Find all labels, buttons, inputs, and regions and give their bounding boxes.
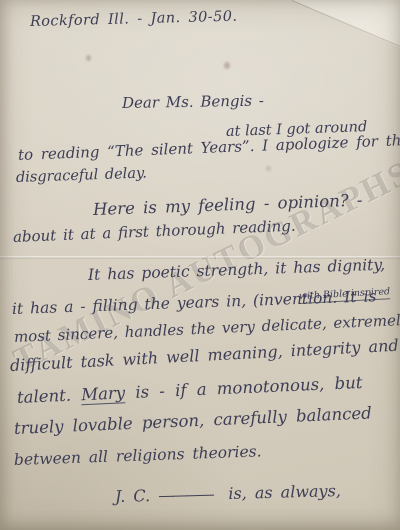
- letter-photograph: TAMINO AUTOGRAPHS Rockford Ill. - Jan. 3…: [0, 0, 400, 530]
- letter-line: between all religions theories.: [14, 442, 262, 469]
- letter-line: It has poetic strength, it has dignity,: [88, 256, 386, 284]
- letter-line: about it at a first thorough reading.: [13, 217, 296, 246]
- stain-spot: [266, 166, 271, 171]
- line-segment: talent.: [17, 385, 82, 407]
- underlined-word: Mary: [81, 383, 126, 405]
- letter-line: to reading “The silent Years”. I apologi…: [18, 131, 400, 164]
- line-segment: is, as always,: [228, 481, 341, 503]
- letter-line: Here is my feeling - opinion? -: [93, 191, 363, 219]
- line-segment: J. C.: [115, 486, 151, 506]
- stain-spot: [86, 55, 91, 61]
- stain-spot: [224, 62, 230, 69]
- salutation: Dear Ms. Bengis -: [122, 92, 264, 112]
- handwritten-dash: ————: [158, 484, 212, 504]
- line-segment: is - if a monotonous, but: [125, 373, 363, 402]
- letter-line: it has a - filling the years in, (invent…: [12, 287, 377, 318]
- dateline: Rockford Ill. - Jan. 30-50.: [30, 9, 238, 30]
- letter-line: disgraceful delay.: [16, 165, 147, 186]
- letter-line: truely lovable person, carefully balance…: [14, 403, 372, 438]
- letter-line: talent. Mary is - if a monotonous, but: [17, 373, 363, 407]
- letter-line: J. C. ———— is, as always,: [115, 481, 341, 506]
